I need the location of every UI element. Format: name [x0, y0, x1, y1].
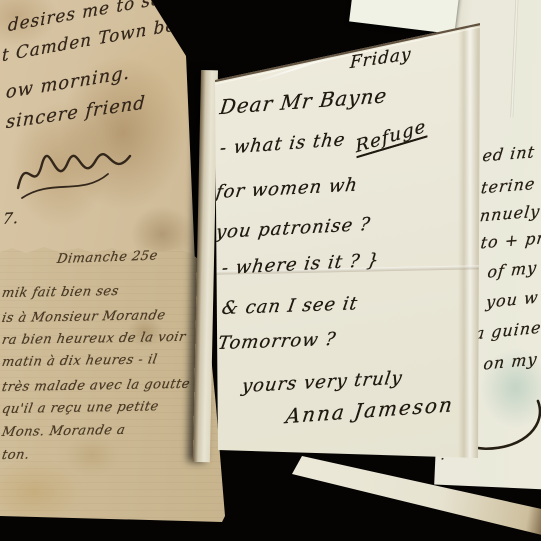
letter-line: ton.: [1, 447, 31, 463]
letter-line: - what is theRefuge: [219, 123, 427, 159]
letter-line: you patronise ?: [215, 214, 373, 243]
photo-of-letters: desires me to say t Camden Town be ow mo…: [0, 0, 541, 541]
letter-salutation: Dear Mr Bayne: [219, 83, 389, 119]
underlined-word-refuge: Refuge: [354, 116, 427, 157]
letter-line: is à Monsieur Morande: [1, 308, 167, 326]
letter-line: mik fait bien ses: [1, 284, 120, 301]
letter-fragment: you w: [485, 287, 539, 311]
paper-scratch: [252, 54, 338, 84]
letter-fragment: terine: [480, 174, 536, 198]
paper-corner-top: [349, 0, 461, 34]
letter-line: matin à dix heures - il: [1, 352, 159, 370]
letter-line: ra bien heureux de la voir: [1, 330, 187, 348]
letter-signature: Anna Jameson: [285, 392, 456, 428]
letter-top-left: desires me to say t Camden Town be ow mo…: [0, 0, 198, 266]
letter-line: for women wh: [215, 174, 360, 203]
letter-fragment: a guinea: [474, 317, 541, 344]
letter-line: Tomorrow ?: [216, 329, 337, 354]
letter-fragment: ed int: [481, 142, 536, 165]
letter-line: & can I see it: [220, 293, 359, 319]
paper-fold-line: [510, 0, 519, 118]
letter-line: très malade avec la goutte: [1, 377, 192, 395]
letter-line: qu'il a reçu une petite: [1, 399, 160, 417]
signature-scrawl-icon: [12, 138, 152, 204]
letter-fragment: nnuely: [479, 201, 541, 225]
letter-fragment: of my: [487, 258, 538, 282]
letter-date: Friday: [349, 44, 411, 73]
refuge-line-prefix: - what is the: [219, 129, 347, 159]
letter-line: - where is it ? }: [221, 250, 381, 279]
letter-central: 5/ Conduit St W Friday Dear Mr Bayne - w…: [212, 18, 486, 464]
letter-closing: yours very truly: [241, 367, 405, 397]
letter-heading: Dimanche 25e: [56, 248, 159, 267]
letter-fragment: to + pr: [480, 228, 541, 252]
letter-postscript: 7.: [2, 209, 21, 228]
letter-line: Mons. Morande a: [1, 423, 127, 440]
